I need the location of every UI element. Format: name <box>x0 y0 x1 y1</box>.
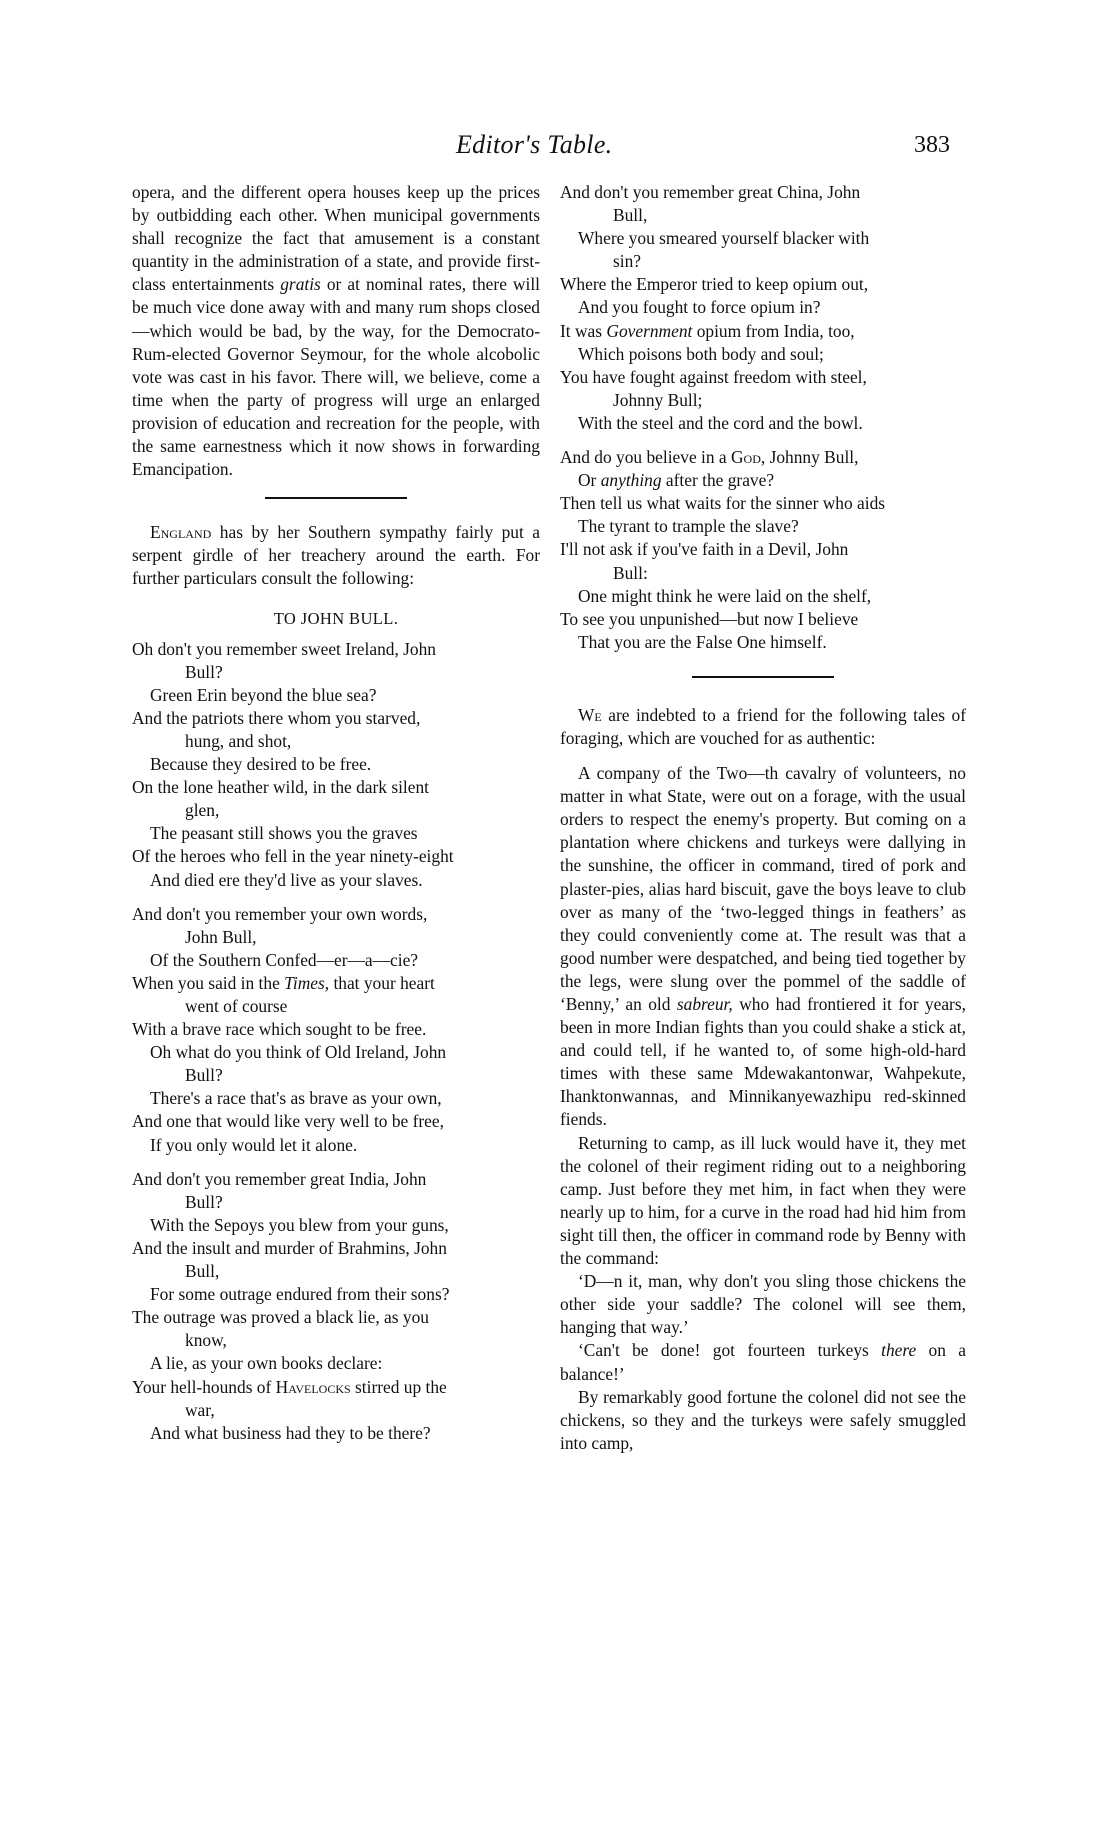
poem-title: TO JOHN BULL. <box>132 607 540 630</box>
poem-line: And don't you remember great India, John <box>132 1168 540 1191</box>
poem-to-john-bull: Oh don't you remember sweet Ireland, Joh… <box>132 638 540 1445</box>
poem-line: The peasant still shows you the graves <box>132 822 540 845</box>
paragraph-text: A company of the Two—th cavalry of volun… <box>560 763 966 1014</box>
section-divider <box>692 676 834 678</box>
paragraph-indebted: We are indebted to a friend for the foll… <box>560 704 966 750</box>
paragraph-text: are indebted to a friend for the followi… <box>560 705 966 748</box>
poem-line: Oh what do you think of Old Ireland, Joh… <box>132 1041 540 1064</box>
paragraph-company: A company of the Two—th cavalry of volun… <box>560 762 966 1132</box>
poem-line: Bull? <box>132 1191 540 1214</box>
poem-line: John Bull, <box>132 926 540 949</box>
poem-line: Then tell us what waits for the sinner w… <box>560 492 966 515</box>
paragraph-fortune: By remarkably good fortune the colonel d… <box>560 1386 966 1455</box>
poem-stanza: And don't you remember great China, John… <box>560 181 966 435</box>
poem-line: Bull, <box>560 204 966 227</box>
poem-line: With the Sepoys you blew from your guns, <box>132 1214 540 1237</box>
poem-line: With the steel and the cord and the bowl… <box>560 412 966 435</box>
poem-line: It was Government opium from India, too, <box>560 320 966 343</box>
poem-line: Bull, <box>132 1260 540 1283</box>
poem-line: For some outrage endured from their sons… <box>132 1283 540 1306</box>
poem-line: And the patriots there whom you starved, <box>132 707 540 730</box>
poem-line: A lie, as your own books declare: <box>132 1352 540 1375</box>
poem-line: sin? <box>560 250 966 273</box>
italic-text: there <box>881 1340 916 1360</box>
running-title: Editor's Table. <box>456 130 612 160</box>
lead-word: We <box>578 705 602 725</box>
poem-line: I'll not ask if you've faith in a Devil,… <box>560 538 966 561</box>
poem-stanza: And do you believe in a God, Johnny Bull… <box>560 446 966 654</box>
lead-word: England <box>150 522 211 542</box>
paragraph-returning: Returning to camp, as ill luck would hav… <box>560 1132 966 1271</box>
paragraph-text: who had frontiered it for years, been in… <box>560 994 966 1129</box>
poem-line: And don't you remember your own words, <box>132 903 540 926</box>
poem-line: And the insult and murder of Brahmins, J… <box>132 1237 540 1260</box>
poem-stanza: Oh don't you remember sweet Ireland, Joh… <box>132 638 540 892</box>
poem-line: Your hell-hounds of Havelocks stirred up… <box>132 1376 540 1399</box>
poem-line: And don't you remember great China, John <box>560 181 966 204</box>
poem-line: know, <box>132 1329 540 1352</box>
poem-line: war, <box>132 1399 540 1422</box>
paragraph-dialogue-1: ‘D—n it, man, why don't you sling those … <box>560 1270 966 1339</box>
poem-line: Bull: <box>560 562 966 585</box>
page-header: Editor's Table. 383 <box>0 130 1120 170</box>
poem-line: Oh don't you remember sweet Ireland, Joh… <box>132 638 540 661</box>
poem-line: That you are the False One himself. <box>560 631 966 654</box>
poem-line: Of the heroes who fell in the year ninet… <box>132 845 540 868</box>
paragraph-opera: opera, and the different opera houses ke… <box>132 181 540 481</box>
poem-line: Of the Southern Confed—er—a—cie? <box>132 949 540 972</box>
poem-line: There's a race that's as brave as your o… <box>132 1087 540 1110</box>
poem-line: And one that would like very well to be … <box>132 1110 540 1133</box>
section-divider <box>265 497 407 499</box>
poem-line: Or anything after the grave? <box>560 469 966 492</box>
poem-line: Green Erin beyond the blue sea? <box>132 684 540 707</box>
poem-line: And died ere they'd live as your slaves. <box>132 869 540 892</box>
page-number: 383 <box>914 132 950 159</box>
poem-continuation: And don't you remember great China, John… <box>560 181 966 654</box>
poem-line: And what business had they to be there? <box>132 1422 540 1445</box>
poem-line: Because they desired to be free. <box>132 753 540 776</box>
paragraph-text: or at nominal rates, there will be much … <box>132 274 540 479</box>
italic-text: gratis <box>280 274 321 294</box>
poem-line: When you said in the Times, that your he… <box>132 972 540 995</box>
poem-line: To see you unpunished—but now I believe <box>560 608 966 631</box>
poem-line: And you fought to force opium in? <box>560 296 966 319</box>
poem-line: Johnny Bull; <box>560 389 966 412</box>
poem-line: The tyrant to trample the slave? <box>560 515 966 538</box>
paragraph-england: England has by her Southern sympathy fai… <box>132 521 540 590</box>
poem-stanza: And don't you remember your own words,Jo… <box>132 903 540 1157</box>
poem-stanza: And don't you remember great India, John… <box>132 1168 540 1445</box>
poem-line: Bull? <box>132 661 540 684</box>
poem-line: You have fought against freedom with ste… <box>560 366 966 389</box>
poem-line: Where the Emperor tried to keep opium ou… <box>560 273 966 296</box>
left-column: opera, and the different opera houses ke… <box>132 181 540 1445</box>
poem-line: If you only would let it alone. <box>132 1134 540 1157</box>
poem-line: The outrage was proved a black lie, as y… <box>132 1306 540 1329</box>
italic-text: sabreur, <box>677 994 733 1014</box>
poem-line: hung, and shot, <box>132 730 540 753</box>
poem-line: went of course <box>132 995 540 1018</box>
poem-line: Which poisons both body and soul; <box>560 343 966 366</box>
poem-line: One might think he were laid on the shel… <box>560 585 966 608</box>
poem-line: And do you believe in a God, Johnny Bull… <box>560 446 966 469</box>
right-column: And don't you remember great China, John… <box>560 181 966 1455</box>
poem-line: glen, <box>132 799 540 822</box>
poem-line: Bull? <box>132 1064 540 1087</box>
paragraph-text: ‘Can't be done! got fourteen turkeys <box>578 1340 869 1360</box>
paragraph-dialogue-2: ‘Can't be done! got fourteen turkeys the… <box>560 1339 966 1385</box>
poem-line: On the lone heather wild, in the dark si… <box>132 776 540 799</box>
poem-line: With a brave race which sought to be fre… <box>132 1018 540 1041</box>
poem-line: Where you smeared yourself blacker with <box>560 227 966 250</box>
